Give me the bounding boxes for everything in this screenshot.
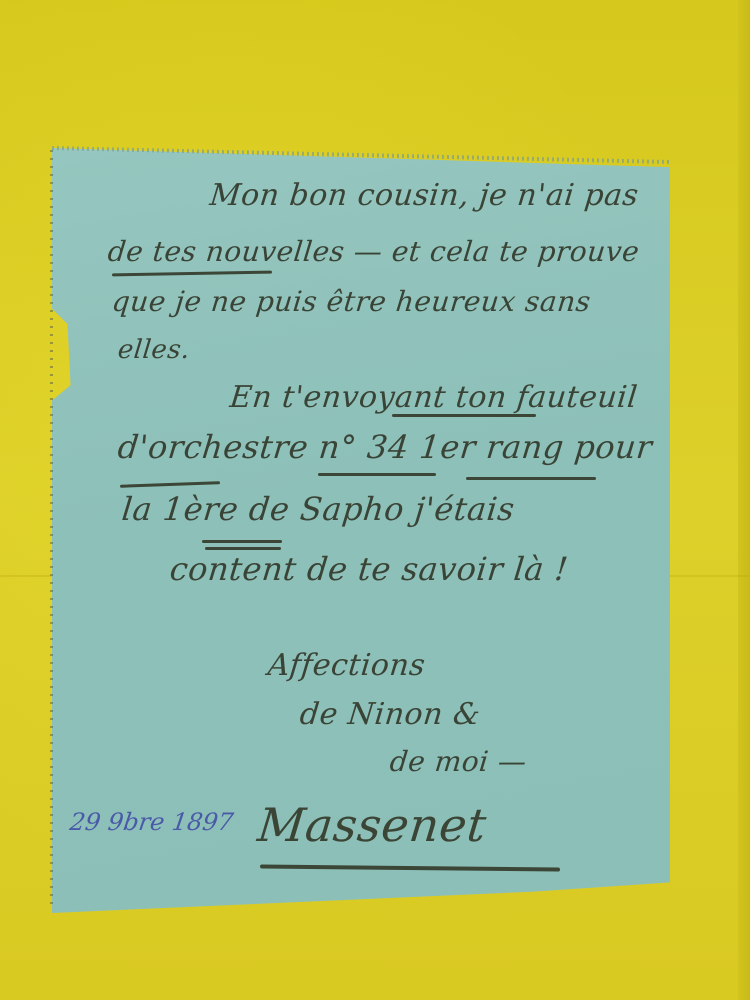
- closing-line-2: de Ninon &: [298, 697, 482, 732]
- underline-ton-fauteuil: [392, 414, 482, 417]
- letter-line-6: d'orchestre n° 34 1er rang pour: [116, 428, 654, 466]
- letter-line-4: elles.: [116, 335, 191, 365]
- underline-no-34: [318, 473, 436, 476]
- letter-line-8: content de te savoir là !: [168, 550, 570, 588]
- closing-line-3: de moi —: [388, 745, 528, 778]
- underline-fauteuil: [478, 414, 536, 417]
- signature: Massenet: [255, 798, 489, 852]
- closing-line-1: Affections: [266, 648, 427, 683]
- letter-line-2: de tes nouvelles — et cela te prouve: [106, 235, 641, 268]
- board-edge: [738, 0, 750, 1000]
- underline-1ere: [202, 540, 282, 543]
- perforated-edge-left: [50, 150, 53, 910]
- underline-rang: [466, 477, 596, 480]
- date-annotation: 29 9bre 1897: [68, 808, 235, 836]
- letter-line-1: Mon bon cousin, je n'ai pas: [208, 178, 640, 213]
- letter-line-5: En t'envoyant ton fauteuil: [228, 380, 639, 415]
- letter-line-3: que je ne puis être heureux sans: [110, 285, 592, 318]
- letter-line-7: la 1ère de Sapho j'étais: [120, 490, 517, 528]
